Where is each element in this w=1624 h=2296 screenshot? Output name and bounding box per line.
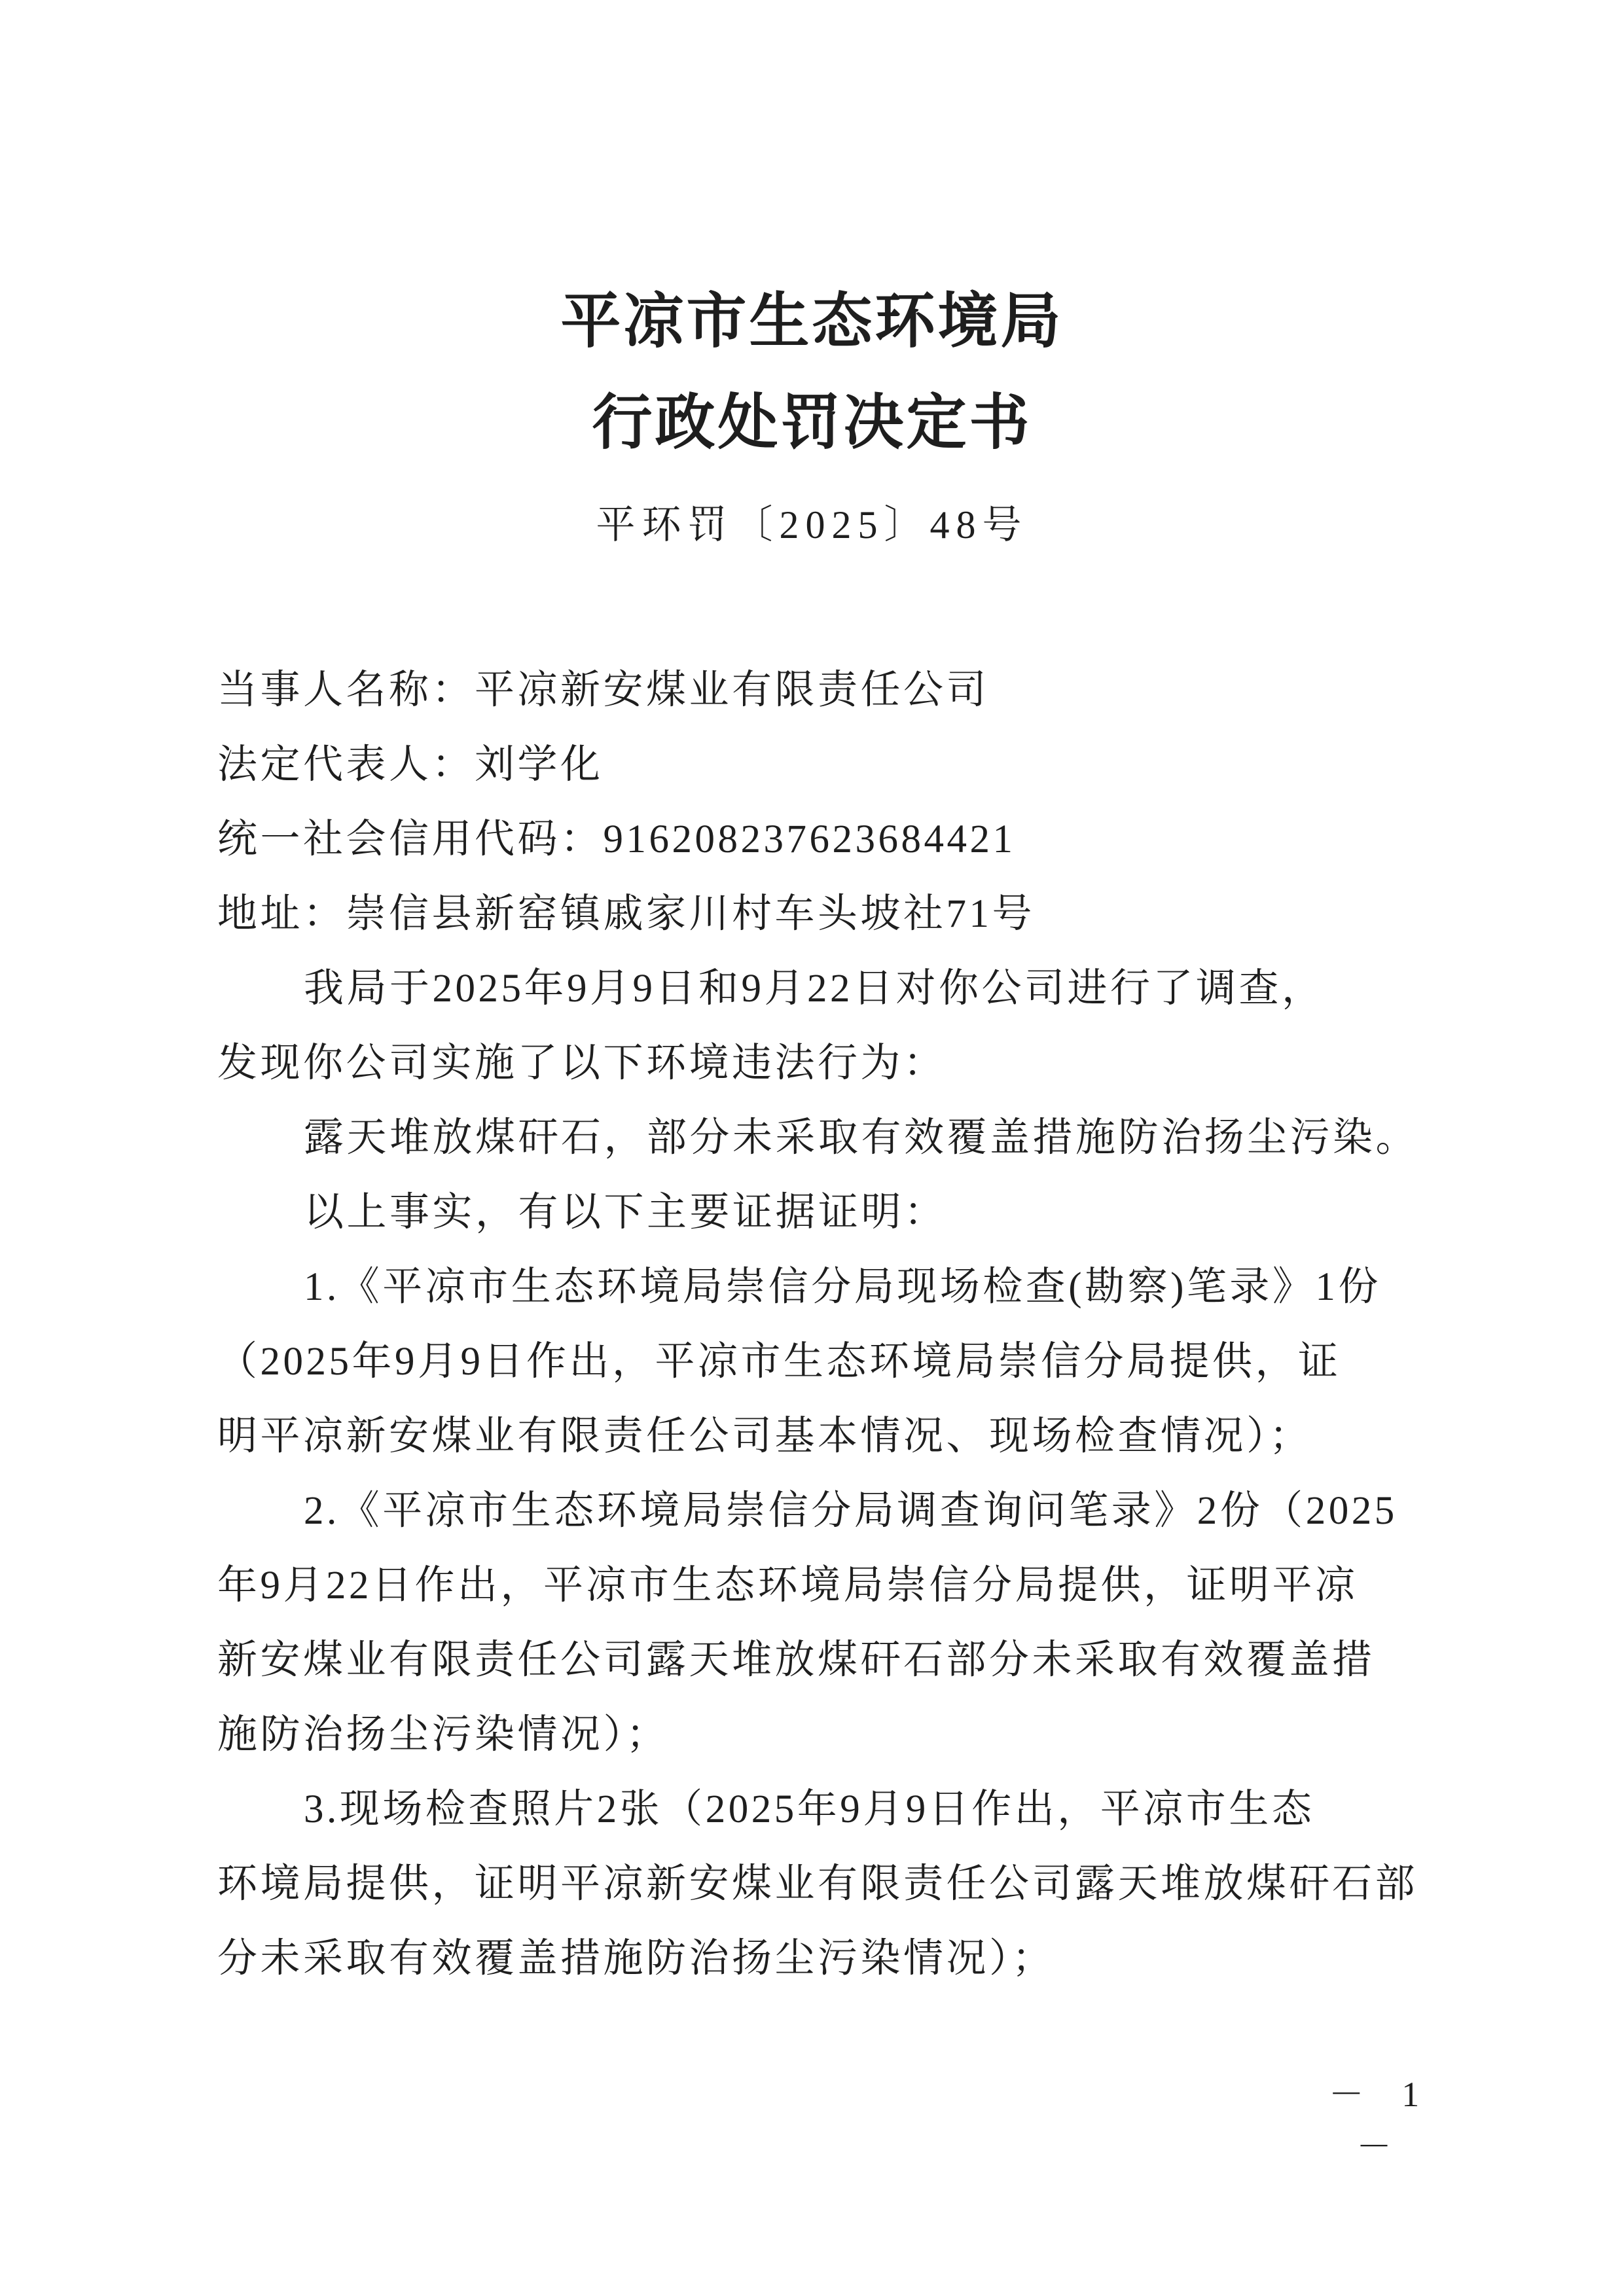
evidence-item-2-cont: 施防治扬尘污染情况）； [217,1698,1422,1772]
evidence-intro: 以上事实，有以下主要证据证明： [217,1175,1422,1250]
page-title: 平凉市生态环境局 [0,285,1624,357]
page-subtitle: 行政处罚决定书 [0,386,1624,458]
evidence-item-2-cont: 年9月22日作出，平凉市生态环境局崇信分局提供，证明平凉 [217,1549,1422,1623]
document-body: 当事人名称：平凉新安煤业有限责任公司 法定代表人：刘学化 统一社会信用代码：91… [217,653,1422,1996]
address-line: 地址：崇信县新窑镇戚家川村车头坡社71号 [217,877,1422,952]
evidence-item-3-cont: 分未采取有效覆盖措施防治扬尘污染情况）； [217,1922,1422,1996]
legal-rep-value: 刘学化 [475,743,604,787]
investigation-paragraph-cont: 发现你公司实施了以下环境违法行为： [217,1026,1422,1101]
party-name-line: 当事人名称：平凉新安煤业有限责任公司 [217,653,1422,728]
address-label: 地址： [217,892,346,936]
evidence-item-2-cont: 新安煤业有限责任公司露天堆放煤矸石部分未采取有效覆盖措 [217,1623,1422,1698]
evidence-item-1: 1.《平凉市生态环境局崇信分局现场检查(勘察)笔录》1份 [217,1250,1422,1325]
address-value: 崇信县新窑镇戚家川村车头坡社71号 [346,892,1036,936]
party-name-label: 当事人名称： [217,668,475,712]
investigation-paragraph: 我局于2025年9月9日和9月22日对你公司进行了调查， [217,952,1422,1026]
document-page: 平凉市生态环境局 行政处罚决定书 平环罚〔2025〕48号 当事人名称：平凉新安… [0,0,1624,2296]
evidence-item-3-cont: 环境局提供，证明平凉新安煤业有限责任公司露天堆放煤矸石部 [217,1847,1422,1922]
legal-rep-label: 法定代表人： [217,743,475,787]
credit-code-label: 统一社会信用代码： [217,817,604,861]
document-number: 平环罚〔2025〕48号 [0,499,1624,551]
credit-code-value: 916208237623684421 [604,817,1016,861]
evidence-item-3: 3.现场检查照片2张（2025年9月9日作出，平凉市生态 [217,1772,1422,1847]
evidence-item-1-cont: 明平凉新安煤业有限责任公司基本情况、现场检查情况）； [217,1399,1422,1474]
legal-rep-line: 法定代表人：刘学化 [217,728,1422,802]
violation-statement: 露天堆放煤矸石，部分未采取有效覆盖措施防治扬尘污染。 [217,1101,1422,1175]
party-name-value: 平凉新安煤业有限责任公司 [475,668,989,712]
evidence-item-1-cont: （2025年9月9日作出，平凉市生态环境局崇信分局提供，证 [217,1325,1422,1399]
page-number: － 1 － [1303,2068,1460,2173]
evidence-item-2: 2.《平凉市生态环境局崇信分局调查询问笔录》2份（2025 [217,1474,1422,1549]
credit-code-line: 统一社会信用代码：916208237623684421 [217,802,1422,877]
